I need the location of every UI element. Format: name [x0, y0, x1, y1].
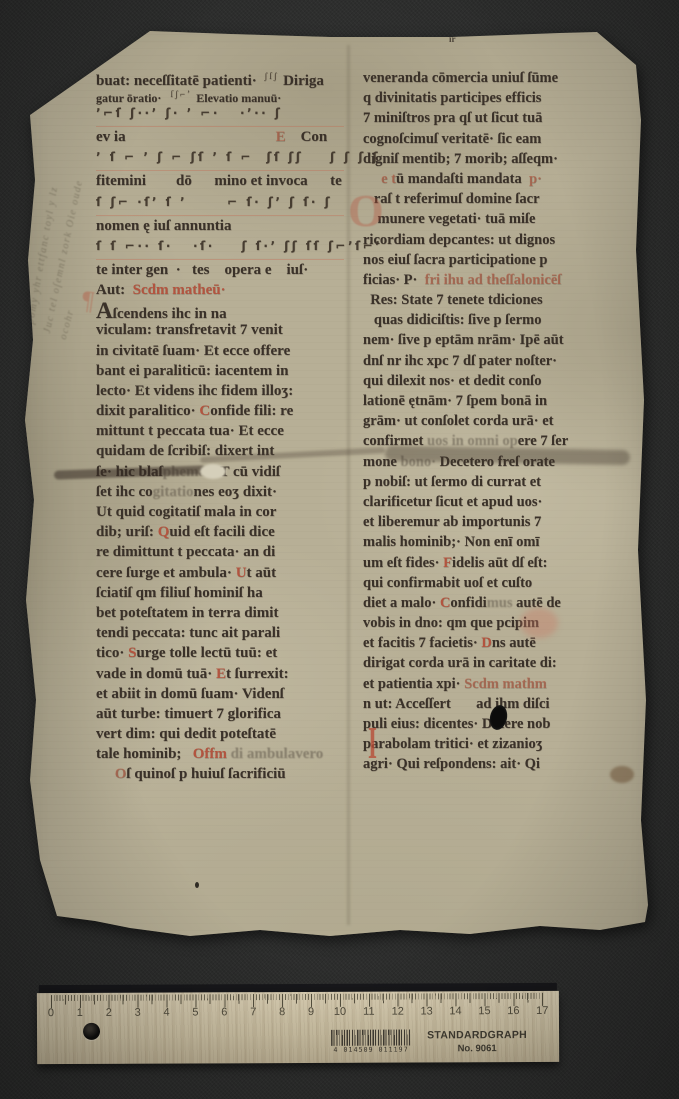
- ruler-cm-number: 1: [77, 1007, 83, 1019]
- manuscript-line: dixit paralitico· Confide fili: re: [96, 401, 368, 421]
- text-run: tico·: [96, 645, 128, 661]
- text-run: n ut: Acceſſert: [363, 696, 451, 712]
- text-run: cognoſcimuſ veritatē· ſic eam: [363, 131, 541, 147]
- text-run: veneranda cōmercia uniuſ ſūme: [363, 70, 558, 86]
- text-run: ſ quinoſ p huiuſ ſacrificiū: [126, 766, 285, 782]
- text-run: q divinitatis participes efficis: [363, 90, 541, 106]
- barcode-bars: [331, 1030, 410, 1046]
- text-run: 7 miniſtros pra qſ ut ſicut tuā: [363, 110, 542, 126]
- text-run: vert dim: qui dedit poteſtatē: [96, 726, 276, 742]
- text-run: O: [115, 766, 127, 782]
- text-run: ficias· P·: [363, 272, 425, 288]
- manuscript-line: um eſt fides· Fidelis aūt dſ eſt:: [363, 553, 635, 573]
- ruler-cm-number: 17: [536, 1005, 548, 1017]
- text-run: dixit paralitico·: [96, 403, 199, 419]
- text-run: malis hominib;· Non enī omī: [363, 534, 539, 550]
- barcode: 4 014509 011197: [331, 1030, 410, 1056]
- ruler-body: 01234567891011121314151617 4 014509 0111…: [37, 991, 559, 1064]
- manuscript-line: buat: neceſſitatē patienti· ʃſʃ Diriga: [96, 66, 368, 86]
- text-run: grām· ut conſolet corda urā· et: [363, 413, 553, 429]
- text-run: nes eoʒ dixit·: [193, 484, 277, 500]
- text-run: vade in domū tuā·: [96, 666, 216, 682]
- rubric-initial-o: O: [348, 184, 384, 237]
- manuscript-line: tico· Surge tolle lectū tuū: et: [96, 643, 368, 663]
- text-run: tendi peccata: tunc ait parali: [96, 625, 280, 641]
- ruler-cm-number: 16: [507, 1005, 519, 1017]
- text-run: Aut:: [96, 282, 133, 298]
- text-run: digniſ mentib; 7 morib; aſſeqm·: [363, 151, 558, 167]
- text-run: D: [481, 635, 491, 651]
- manuscript-line: 7 miniſtros pra qſ ut ſicut tuā: [363, 108, 635, 128]
- text-run: ū mandaſti mandata: [396, 171, 529, 187]
- text-run: dib; uriſ:: [96, 524, 158, 540]
- manuscript-line: dirigat corda urā in caritate di:: [363, 653, 635, 673]
- manuscript-line: aūt turbe: timuert 7 glorifica: [96, 704, 368, 724]
- quire-mark: ir: [449, 34, 456, 44]
- manuscript-line: re dimittunt t peccata· an di: [96, 542, 368, 562]
- text-run: re dimittunt t peccata· an di: [96, 544, 275, 560]
- ruler-cm-number: 8: [279, 1006, 285, 1018]
- text-run: Con: [286, 129, 328, 145]
- ruler-cm-number: 13: [420, 1005, 432, 1017]
- text-run: viculam: transfretavit 7 venit: [96, 322, 283, 338]
- text-run: et facitis 7 facietis·: [363, 635, 481, 651]
- text-run: et abiit in domū ſuam· Videnſ: [96, 686, 284, 702]
- text-run: cere ſurge et ambula·: [96, 565, 236, 581]
- text-run: idelis aūt dſ eſt:: [452, 555, 547, 571]
- manuscript-line: qui confirmabit uoſ et cuſto: [363, 573, 635, 593]
- manuscript-line: Ut quid cogitatiſ mala in cor: [96, 502, 368, 522]
- text-run: Ut quid cogitatiſ mala in cor: [96, 504, 276, 520]
- text-run: diet a malo·: [363, 595, 440, 611]
- text-run: ns autē: [492, 635, 536, 651]
- manuscript-line: et patientia xpi· Scdm mathm: [363, 674, 635, 694]
- brand-name: STANDARDGRAPH: [421, 1029, 533, 1041]
- manuscript-line: bant ei paraliticū: iacentem in: [96, 361, 368, 381]
- text-run: dirigat corda urā in caritate di:: [363, 655, 557, 671]
- text-run: fri ihu ad theſſalonicēſ: [425, 272, 562, 288]
- text-run: [451, 696, 473, 712]
- corner-fold: [594, 30, 640, 68]
- text-run: ſet ihc co: [96, 484, 153, 500]
- ruler-cm-number: 12: [392, 1006, 404, 1018]
- ruler-cm-number: 0: [48, 1007, 54, 1019]
- manuscript-line: p nobiſ: ut ſermo di currat et: [363, 472, 635, 492]
- text-run: ad ihm diſci: [473, 696, 550, 712]
- text-run: bet poteſtatem in terra dimit: [96, 605, 278, 621]
- text-run: lecto· Et videns ihc fidem illoʒ:: [96, 383, 293, 399]
- photo-background: ir Juc tel oſemnl zork Oie oudeLpomy yhr…: [0, 0, 679, 1099]
- neume-row: ʼ ſ ⌐ ʼ ʃ ⌐ ʃſ ʼ ſ ⌐ ʃſ ʃʃ ʃ ʃ ʃ ʃ: [96, 147, 344, 171]
- ruler-cm-number: 5: [192, 1006, 198, 1018]
- manuscript-line: ev ia E Con: [96, 127, 368, 147]
- ruler-cm-number: 15: [478, 1005, 490, 1017]
- ruler-cm-number: 14: [449, 1005, 461, 1017]
- text-run: in civitatē ſuam· Et ecce offere: [96, 343, 290, 359]
- text-run: ricordiam depcantes: ut dignos: [363, 232, 555, 248]
- manuscript-line: agri· Qui reſpondens: ait· Qi: [363, 754, 635, 774]
- marginalia-line: ocohr: [58, 308, 77, 341]
- manuscript-line: parabolam tritici· et zizanioʒ: [363, 734, 635, 754]
- text-run: onfidi: [450, 595, 486, 611]
- text-run: U: [236, 565, 247, 581]
- ruler-cm-number: 10: [334, 1006, 346, 1018]
- text-run: t ſurrexit:: [226, 666, 289, 682]
- text-run: E: [276, 129, 286, 145]
- text-run: di ambulavero: [227, 746, 323, 762]
- manuscript-line: vert dim: qui dedit poteſtatē: [96, 724, 368, 744]
- manuscript-line: Aſcendens ihc in na: [96, 300, 368, 320]
- manuscript-line: q divinitatis participes efficis: [363, 88, 635, 108]
- ruler-cm-number: 2: [106, 1007, 112, 1019]
- ruler-cm-number: 9: [308, 1006, 314, 1018]
- ruler-cm-number: 11: [363, 1006, 374, 1018]
- manuscript-line: ficias· P· fri ihu ad theſſalonicēſ: [363, 270, 635, 290]
- text-run: munere vegetati· tuā miſe: [363, 211, 536, 227]
- manuscript-line: cognoſcimuſ veritatē· ſic eam: [363, 129, 635, 149]
- manuscript-line: ſet ihc cogitationes eoʒ dixit·: [96, 482, 368, 502]
- text-run: nomen ę iuſ annuntia: [96, 218, 231, 234]
- manuscript-line: clarificetur ſicut et apud uos·: [363, 492, 635, 512]
- text-run: C: [440, 595, 450, 611]
- manuscript-line: Oſ quinoſ p huiuſ ſacrificiū: [96, 764, 368, 784]
- manuscript-line: cere ſurge et ambula· Ut aūt: [96, 563, 368, 583]
- text-run: nos eiuſ ſacra participatione p: [363, 252, 547, 268]
- manuscript-line: munere vegetati· tuā miſe: [363, 209, 635, 229]
- manuscript-line: quas didiciſtis: ſive p ſermo: [363, 310, 635, 330]
- manuscript-line: e tū mandaſti mandata p·: [363, 169, 635, 189]
- neume-row: ſ ſ ⌐·· ſ· ·ſ· ʃ ſ·ʼ ʃʃ ſſ ʃ⌐ʼſ⌐ʼ: [96, 236, 344, 260]
- text-run: raſ t referimuſ domine ſacr: [363, 191, 540, 207]
- manuscript-line: vobis in dno: qm que pcipim: [363, 613, 635, 633]
- manuscript-line: et liberemur ab importunis 7: [363, 512, 635, 532]
- text-run: tale hominib;: [96, 746, 193, 762]
- rubric-initial-i: I: [368, 716, 377, 769]
- text-run: ere 7 ſer: [518, 433, 568, 449]
- ruler-ticks: [51, 993, 545, 1008]
- neume-row: ſ ʃ⌐ ·ſʼ ſ ʼ ⌐ ſ· ʃʼ ʃ ſ· ʃ: [96, 192, 344, 216]
- text-run: Q: [158, 524, 170, 540]
- manuscript-line: qui dilexit nos· et dedit conſo: [363, 371, 635, 391]
- text-run: t aūt: [247, 565, 277, 581]
- ruler-cm-number: 6: [221, 1006, 227, 1018]
- text-run: dnſ nr ihc xpc 7 dſ pater noſter·: [363, 353, 557, 369]
- manuscript-line: ricordiam depcantes: ut dignos: [363, 230, 635, 250]
- abrasion-spot: [200, 464, 226, 479]
- text-run: lationē ętnām· 7 ſpem bonā in: [363, 393, 547, 409]
- text-run: puli eius: dicentes· Diſſere nob: [363, 716, 550, 732]
- text-run: onfide fili: re: [210, 403, 293, 419]
- text-run: parabolam tritici· et zizanioʒ: [363, 736, 542, 752]
- text-run: aūt turbe: timuert 7 glorifica: [96, 706, 281, 722]
- manuscript-line: fitemini dō mino et invoca te: [96, 171, 368, 191]
- text-run: qui dilexit nos· et dedit conſo: [363, 373, 541, 389]
- manuscript-line: ſciatiſ qm filiuſ hominiſ ha: [96, 583, 368, 603]
- ruler-cm-number: 4: [163, 1007, 169, 1019]
- manuscript-line: et facitis 7 facietis· Dns autē: [363, 633, 635, 653]
- ruler-cm-number: 7: [250, 1006, 256, 1018]
- manuscript-line: te inter gen · tes opera e iuſ·: [96, 260, 368, 280]
- text-run: nem· ſive p eptām nrām· Ipē aūt: [363, 332, 564, 348]
- neume-row: ʼ⌐ſ ʃ··ʼ ʃ· ʼ ⌐· ·ʼ·· ʃ: [96, 103, 344, 127]
- text-run: Offm: [193, 746, 227, 762]
- manuscript-line: bet poteſtatem in terra dimit: [96, 603, 368, 623]
- text-run: [126, 129, 276, 145]
- ruler-cm-number: 3: [135, 1007, 141, 1019]
- manuscript-line: nomen ę iuſ annuntia: [96, 216, 368, 236]
- brown-stain: [610, 766, 634, 783]
- manuscript-line: dib; uriſ: Quid eſt facili dice: [96, 522, 368, 542]
- manuscript-line: digniſ mentib; 7 morib; aſſeqm·: [363, 149, 635, 169]
- manuscript-line: Res: State 7 tenete tdiciones: [363, 290, 635, 310]
- text-run: F: [443, 555, 452, 571]
- text-run: uid eſt facili dice: [169, 524, 274, 540]
- manuscript-line: nem· ſive p eptām nrām· Ipē aūt: [363, 330, 635, 350]
- text-run: Scdm mathm: [464, 676, 547, 692]
- text-run: fitemini dō mino et invoca te: [96, 173, 342, 189]
- text-run: [96, 766, 115, 782]
- red-stain: [520, 608, 558, 638]
- parchment-wrapper: ir Juc tel oſemnl zork Oie oudeLpomy yhr…: [0, 0, 679, 1099]
- text-run: qui confirmabit uoſ et cuſto: [363, 575, 532, 591]
- text-run: urge tolle lectū tuū: et: [136, 645, 277, 661]
- manuscript-line: Aut: Scdm matheū·: [96, 280, 368, 300]
- manuscript-line: in civitatē ſuam· Et ecce offere: [96, 341, 368, 361]
- text-run: ſciatiſ qm filiuſ hominiſ ha: [96, 585, 263, 601]
- dark-speck: [195, 882, 199, 888]
- manuscript-line: tale hominib; Offm di ambulavero: [96, 744, 368, 764]
- manuscript-line: tendi peccata: tunc ait parali: [96, 623, 368, 643]
- text-run: Diriga: [283, 73, 324, 89]
- text-run: te inter gen · tes opera e iuſ·: [96, 262, 308, 278]
- model-number: No. 9061: [421, 1043, 533, 1054]
- parchment-leaf: ir Juc tel oſemnl zork Oie oudeLpomy yhr…: [0, 0, 679, 1099]
- text-run: E: [216, 666, 226, 682]
- text-run: Scdm matheū·: [133, 282, 226, 298]
- manuscript-line: malis hominib;· Non enī omī: [363, 532, 635, 552]
- manuscript-line: vade in domū tuā· Et ſurrexit:: [96, 664, 368, 684]
- manuscript-line: viculam: transfretavit 7 venit: [96, 320, 368, 340]
- text-run: bant ei paraliticū: iacentem in: [96, 363, 288, 379]
- text-run: mittunt t peccata tua· Et ecce: [96, 423, 284, 439]
- manuscript-line: grām· ut conſolet corda urā· et: [363, 411, 635, 431]
- text-run: vobis in dno: qm que pcipim: [363, 615, 539, 631]
- manuscript-line: nos eiuſ ſacra participatione p: [363, 250, 635, 270]
- text-run: et patientia xpi·: [363, 676, 464, 692]
- ruler-hanging-hole: [83, 1023, 100, 1040]
- right-text-column: veneranda cōmercia uniuſ ſūmeq divinitat…: [363, 68, 635, 775]
- text-run: et liberemur ab importunis 7: [363, 514, 541, 530]
- text-run: ev ia: [96, 129, 126, 145]
- text-run: um eſt fides·: [363, 555, 443, 571]
- barcode-digits: 4 014509 011197: [327, 1045, 415, 1053]
- manuscript-line: veneranda cōmercia uniuſ ſūme: [363, 68, 635, 88]
- manuscript-line: mittunt t peccata tua· Et ecce: [96, 421, 368, 441]
- text-run: ſʃ⌐ʼ: [170, 89, 196, 99]
- brand-block: STANDARDGRAPH No. 9061: [421, 1029, 533, 1054]
- manuscript-line: dnſ nr ihc xpc 7 dſ pater noſter·: [363, 351, 635, 371]
- manuscript-line: lecto· Et videns ihc fidem illoʒ:: [96, 381, 368, 401]
- text-run: gitatio: [153, 484, 194, 500]
- manuscript-line: diet a malo· Confidimus autē de: [363, 593, 635, 613]
- text-run: ʃſʃ: [264, 71, 283, 81]
- text-run: quas didiciſtis: ſive p ſermo: [363, 312, 541, 328]
- text-run: p·: [529, 171, 542, 187]
- text-run: p nobiſ: ut ſermo di currat et: [363, 474, 541, 490]
- rubric-paraph-mark: ¶: [80, 285, 96, 316]
- left-text-column: buat: neceſſitatē patienti· ʃſʃ Dirigaga…: [96, 66, 368, 785]
- manuscript-line: raſ t referimuſ domine ſacr: [363, 189, 635, 209]
- text-run: clarificetur ſicut et apud uos·: [363, 494, 542, 510]
- manuscript-line: et abiit in domū ſuam· Videnſ: [96, 684, 368, 704]
- text-run: Res: State 7 tenete tdiciones: [363, 292, 543, 308]
- text-run: C: [199, 403, 210, 419]
- ruler: 01234567891011121314151617 4 014509 0111…: [37, 983, 559, 1064]
- manuscript-line: lationē ętnām· 7 ſpem bonā in: [363, 391, 635, 411]
- manuscript-line: gatur ōratio· ſʃ⌐ʼ Elevatio manuū·: [96, 86, 368, 103]
- text-run: agri· Qui reſpondens: ait· Qi: [363, 756, 540, 772]
- text-run: mus: [487, 595, 513, 611]
